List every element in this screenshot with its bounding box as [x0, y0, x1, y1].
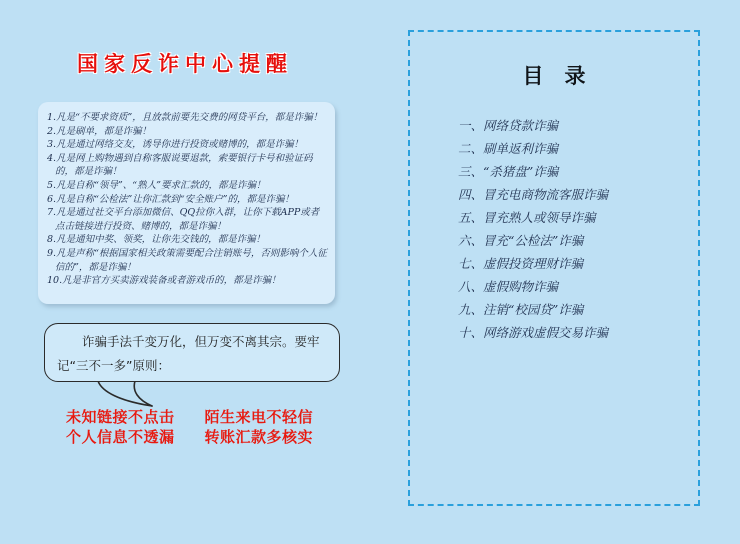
speech-bubble: 诈骗手法千变万化，但万变不离其宗。要牢记“三不一多”原则：: [44, 323, 340, 382]
toc-box: 目 录 一、网络贷款诈骗 二、刷单返利诈骗 三、“杀猪盘”诈骗 四、冒充电商物流…: [408, 30, 700, 506]
fraud-rule-1: 1.凡是“不要求资质”，且放款前要先交费的网贷平台，都是诈骗！: [47, 111, 327, 125]
toc-title: 目 录: [410, 60, 698, 90]
toc-item-10: 十、网络游戏虚假交易诈骗: [458, 321, 698, 344]
page-title: 国家反诈中心提醒: [0, 48, 370, 78]
fraud-rule-4: 4.凡是网上购物遇到自称客服说要退款，索要银行卡号和验证码的，都是诈骗！: [47, 152, 327, 179]
left-page: 国家反诈中心提醒 1.凡是“不要求资质”，且放款前要先交费的网贷平台，都是诈骗！…: [0, 0, 370, 544]
toc-item-8: 八、虚假购物诈骗: [458, 275, 698, 298]
toc-item-9: 九、注销“校园贷”诈骗: [458, 298, 698, 321]
slogan-1: 未知链接不点击: [66, 410, 175, 425]
right-page: 目 录 一、网络贷款诈骗 二、刷单返利诈骗 三、“杀猪盘”诈骗 四、冒充电商物流…: [370, 0, 740, 544]
toc-item-5: 五、冒充熟人或领导诈骗: [458, 206, 698, 229]
fraud-rule-10: 10.凡是非官方买卖游戏装备或者游戏币的，都是诈骗！: [47, 274, 327, 288]
fraud-rule-6: 6.凡是自称“公检法”让你汇款到“安全账户”的，都是诈骗！: [47, 193, 327, 207]
anti-fraud-brochure: 国家反诈中心提醒 1.凡是“不要求资质”，且放款前要先交费的网贷平台，都是诈骗！…: [0, 0, 740, 544]
fraud-rule-5: 5.凡是自称“领导”、“熟人”要求汇款的，都是诈骗！: [47, 179, 327, 193]
fraud-rule-7: 7.凡是通过社交平台添加微信、QQ拉你入群，让你下载APP或者点击链接进行投资、…: [47, 206, 327, 233]
toc-item-6: 六、冒充“公检法”诈骗: [458, 229, 698, 252]
fraud-rule-9: 9.凡是声称“根据国家相关政策需要配合注销账号，否则影响个人征信的”，都是诈骗！: [47, 247, 327, 274]
slogan-grid: 未知链接不点击 陌生来电不轻信 个人信息不透漏 转账汇款多核实: [66, 410, 313, 445]
toc-item-3: 三、“杀猪盘”诈骗: [458, 160, 698, 183]
toc-item-4: 四、冒充电商物流客服诈骗: [458, 183, 698, 206]
toc-list: 一、网络贷款诈骗 二、刷单返利诈骗 三、“杀猪盘”诈骗 四、冒充电商物流客服诈骗…: [410, 114, 698, 344]
toc-item-2: 二、刷单返利诈骗: [458, 137, 698, 160]
toc-item-7: 七、虚假投资理财诈骗: [458, 252, 698, 275]
fraud-rule-8: 8.凡是通知中奖、领奖，让你先交钱的，都是诈骗！: [47, 233, 327, 247]
slogan-2: 陌生来电不轻信: [205, 410, 314, 425]
toc-item-1: 一、网络贷款诈骗: [458, 114, 698, 137]
fraud-rule-3: 3.凡是通过网络交友，诱导你进行投资或赌博的，都是诈骗！: [47, 138, 327, 152]
slogan-3: 个人信息不透漏: [66, 430, 175, 445]
speech-bubble-text: 诈骗手法千变万化，但万变不离其宗。要牢记“三不一多”原则：: [57, 330, 327, 378]
fraud-notice-box: 1.凡是“不要求资质”，且放款前要先交费的网贷平台，都是诈骗！ 2.凡是刷单，都…: [38, 102, 335, 304]
fraud-rule-2: 2.凡是刷单，都是诈骗！: [47, 125, 327, 139]
speech-bubble-tail-icon: [90, 381, 170, 409]
slogan-4: 转账汇款多核实: [205, 430, 314, 445]
